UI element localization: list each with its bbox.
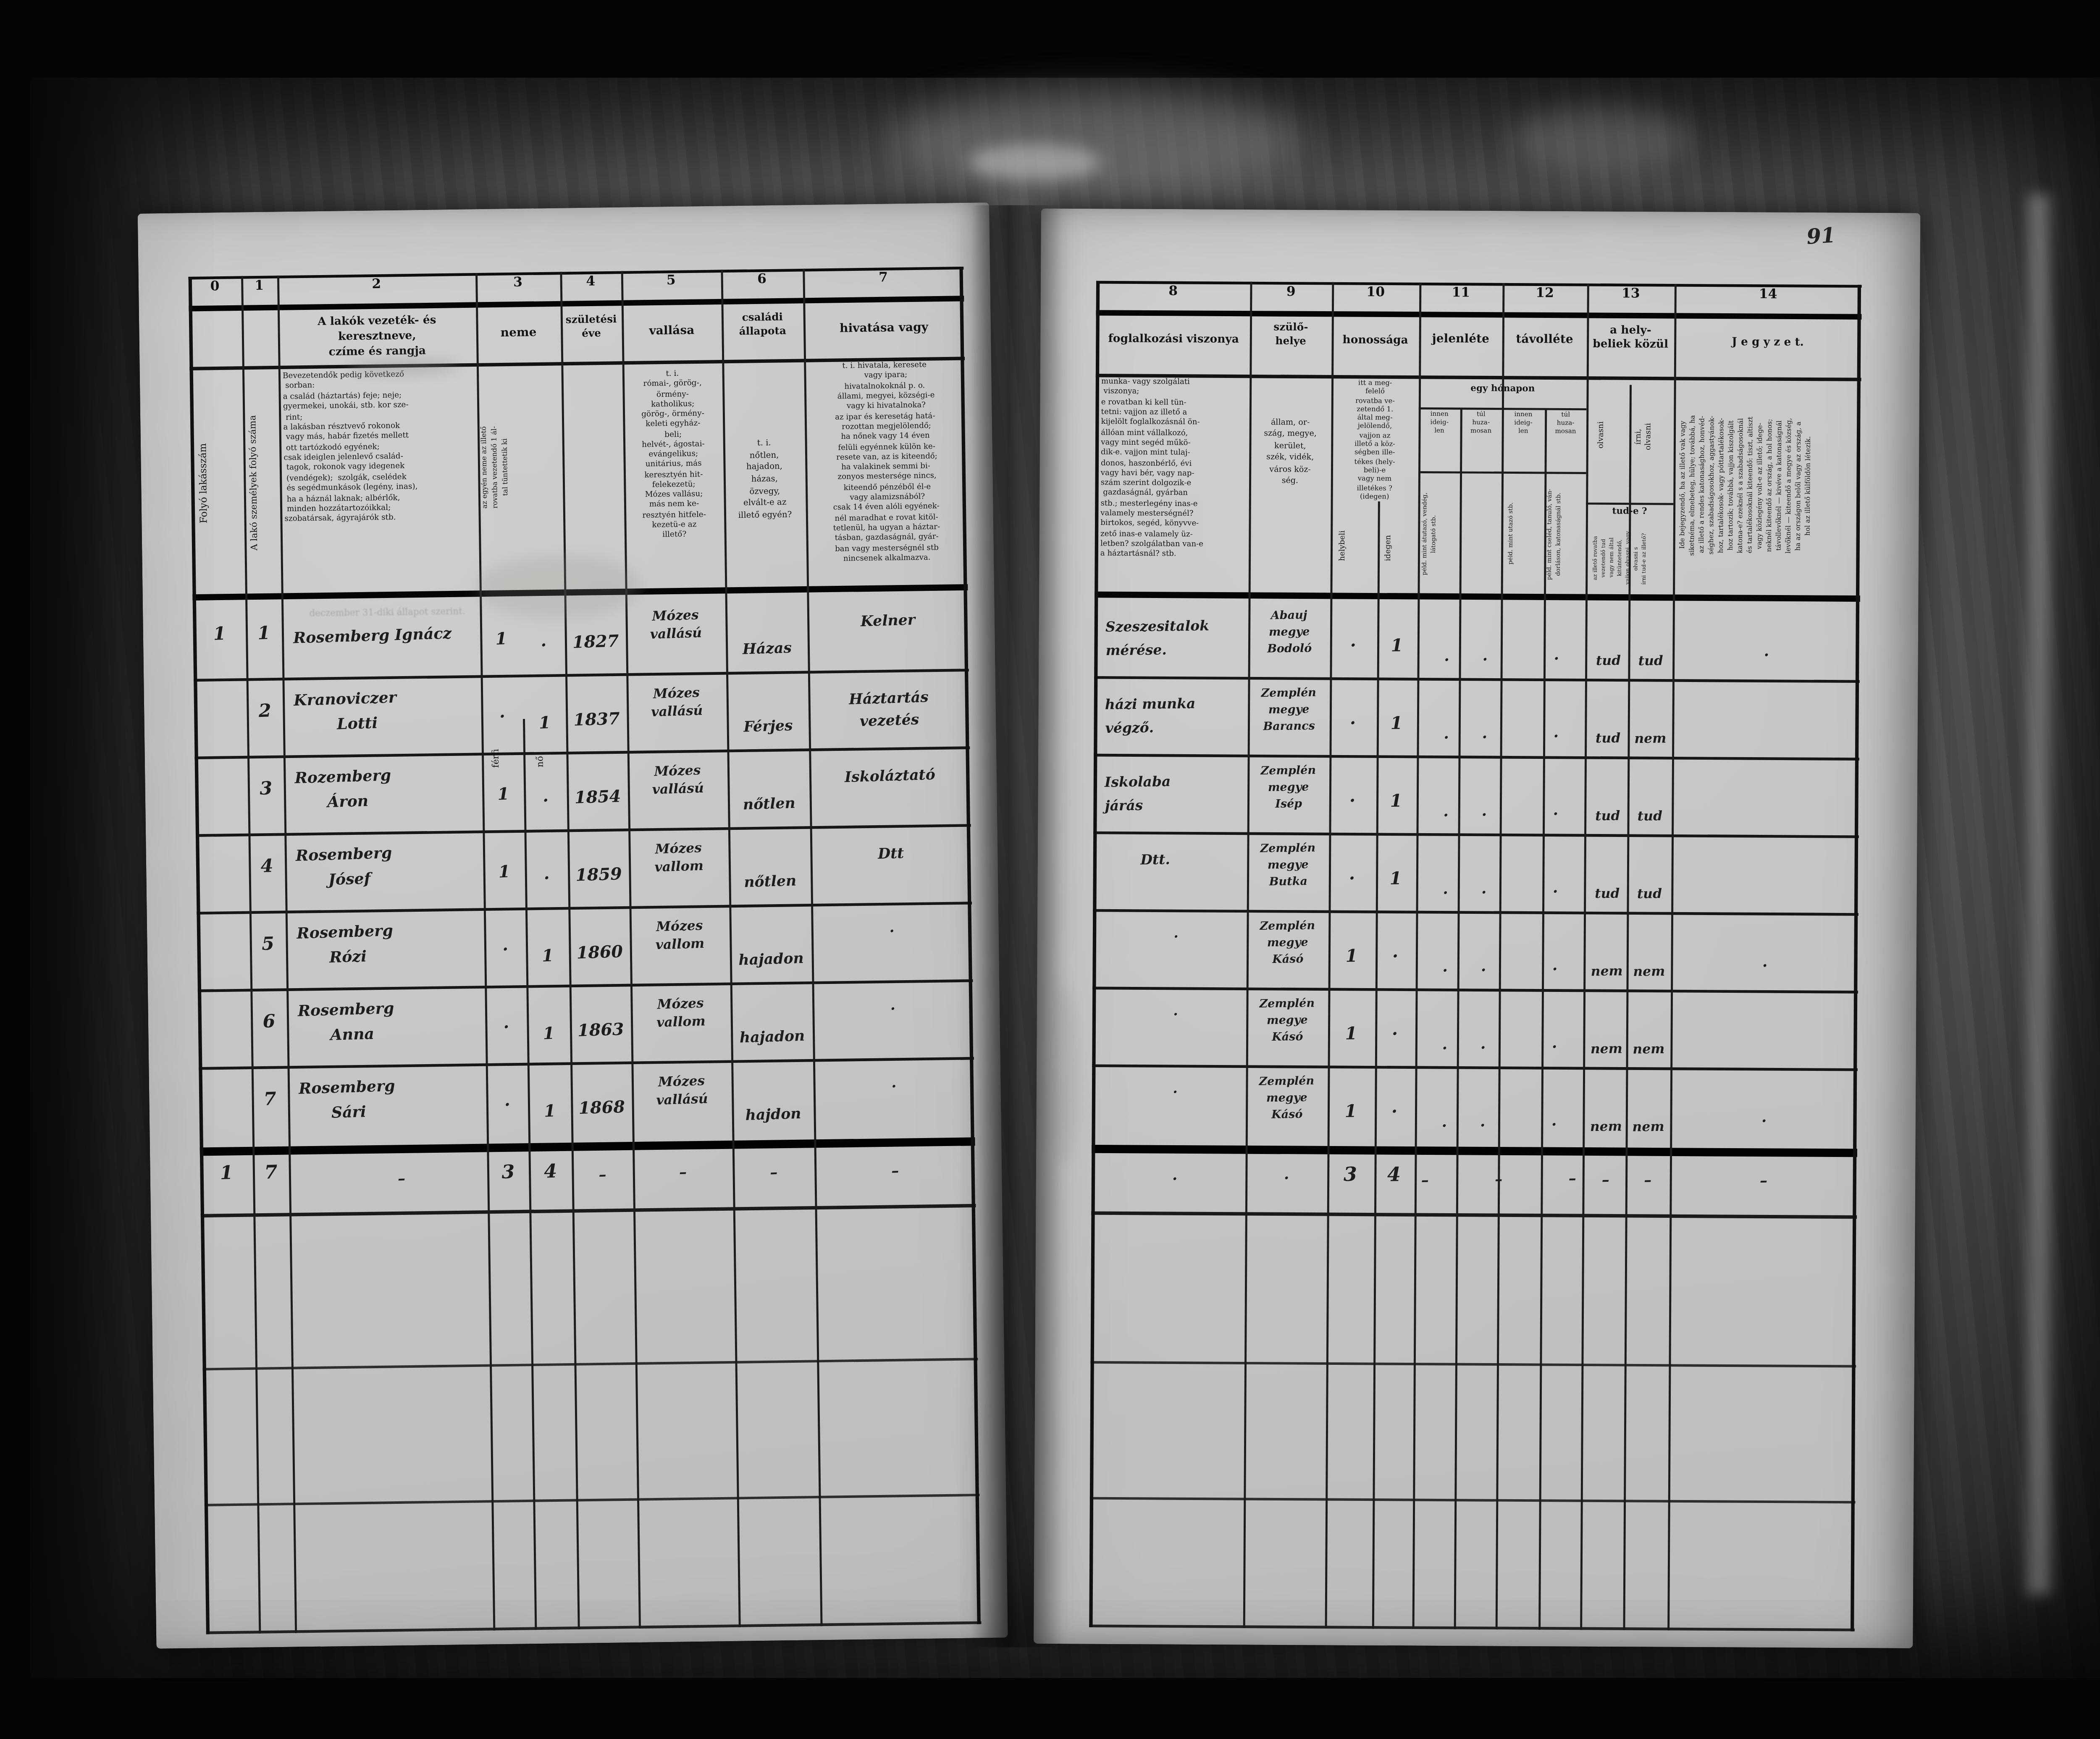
- row2-marital-status: Férjes: [726, 676, 809, 739]
- col8-header: foglalkozási viszonya: [1101, 331, 1246, 346]
- row6-birth-year: 1863: [569, 989, 632, 1043]
- col0-header-vertical: Folyó lakásszám: [197, 372, 224, 594]
- row7-male-mark: ·: [486, 1068, 529, 1117]
- row3-occupation: Iskoláztató: [809, 750, 971, 791]
- row5-birthplace: Zemplén megye Kásó: [1249, 915, 1326, 968]
- right-page: 91 8 9 10 11 12 13 14 foglalkozási viszo…: [1034, 208, 1920, 1648]
- row6-occupation-relation: ·: [1098, 992, 1248, 1028]
- col-number-13: 13: [1587, 286, 1675, 302]
- row7-local-mark: 1: [1330, 1071, 1371, 1123]
- row3-birthplace: Zemplén megye Isép: [1250, 760, 1327, 813]
- row2-male-mark: ·: [480, 680, 524, 729]
- row7-occupation-relation: ·: [1097, 1069, 1248, 1106]
- row4-foreign-mark: 1: [1377, 838, 1414, 891]
- summary-birthplace-dash: ·: [1248, 1151, 1325, 1190]
- row4-presence-marks: · · ·: [1419, 838, 1582, 905]
- row3-foreign-mark: 1: [1378, 761, 1414, 813]
- row2-reads: tud: [1587, 684, 1628, 749]
- row3-person-no: 3: [247, 761, 284, 803]
- col-number-9: 9: [1250, 284, 1332, 300]
- summary-foreign-total: 4: [1375, 1151, 1412, 1190]
- read-sub-header: olvasni: [1597, 386, 1614, 483]
- col7-instructions: t. i. hivatala, keresete vagy ipara; hiv…: [803, 361, 969, 566]
- row1-reads: tud: [1588, 606, 1629, 671]
- summary-persons-total: 7: [252, 1151, 289, 1187]
- film-artifact-blob: [1512, 108, 1692, 172]
- row7-birth-year: 1868: [570, 1066, 633, 1120]
- col-number-1: 1: [241, 278, 277, 294]
- row5-person-no: 5: [249, 916, 286, 959]
- film-edge-highlight: [2028, 194, 2050, 1595]
- row1-birth-year: 1827: [564, 601, 627, 655]
- row4-writes: tud: [1630, 839, 1669, 904]
- summary-religion-dash: –: [632, 1145, 733, 1186]
- row5-reads: nem: [1586, 917, 1627, 982]
- summary-marital-dash: –: [732, 1144, 815, 1185]
- row5-writes: nem: [1629, 917, 1669, 982]
- col-number-10: 10: [1332, 285, 1419, 300]
- row3-reads: tud: [1587, 762, 1628, 826]
- col7-header: hivatása vagy: [803, 321, 964, 337]
- col-number-0: 0: [189, 279, 241, 295]
- summary-presence-dashes: – – –: [1417, 1151, 1580, 1191]
- row6-male-mark: ·: [484, 990, 528, 1040]
- col12-header: távolléte: [1502, 333, 1587, 347]
- row6-marital-status: hajadon: [730, 986, 814, 1049]
- row6-reads: nem: [1585, 995, 1627, 1060]
- row3-male-mark: 1: [481, 758, 525, 807]
- row3-remark: [1675, 762, 1857, 801]
- col1-header-vertical: A lakó személyek folyó száma: [247, 367, 272, 598]
- col-number-11: 11: [1419, 285, 1502, 301]
- row1-writes: tud: [1631, 607, 1670, 671]
- write-read-sub-header: írni, olvasni: [1635, 386, 1660, 486]
- summary-occupation-dash: ·: [1097, 1150, 1247, 1194]
- row4-remark: [1674, 839, 1856, 879]
- row6-birthplace: Zemplén megye Kásó: [1249, 993, 1326, 1046]
- row6-female-mark: 1: [526, 990, 570, 1046]
- col2-instructions: Bevezetendők pedig következő sorban: a c…: [283, 370, 479, 526]
- col3-note-vertical: az egyén neme az illető rovatba vezetend…: [480, 375, 518, 559]
- summary-writes-dash: –: [1628, 1153, 1667, 1192]
- one-month-group-header: egy hónapon: [1419, 383, 1587, 395]
- row1-male-mark: 1: [479, 602, 522, 652]
- col-number-6: 6: [721, 271, 803, 288]
- beyond-month-sub-header: túl huza- mosan: [1545, 412, 1586, 438]
- col-number-4: 4: [560, 274, 622, 290]
- row3-occupation-relation: Iskolaba járás: [1099, 759, 1249, 819]
- row2-occupation-relation: házi munka végző.: [1099, 681, 1249, 741]
- col11-header: jelenléte: [1419, 333, 1502, 347]
- row7-religion: Mózes vallású: [631, 1065, 732, 1112]
- handwritten-page-number: 91: [1806, 223, 1836, 249]
- summary-remark-dash: –: [1672, 1153, 1855, 1193]
- within-month-sub-header: innen ideig- len: [1502, 412, 1545, 437]
- row7-foreign-mark: ·: [1376, 1071, 1412, 1124]
- absence-example-note: péld. mint cseléd, tanuló, ván- dorláson…: [1547, 477, 1581, 591]
- summary-reads-dash: –: [1585, 1153, 1626, 1191]
- row5-presence-marks: · · ·: [1418, 916, 1581, 982]
- row1-marital-status: Házas: [725, 598, 808, 661]
- row5-birth-year: 1860: [568, 911, 630, 965]
- row7-remark: ·: [1673, 1072, 1855, 1133]
- row7-marital-status: hajdon: [731, 1064, 814, 1127]
- row4-local-mark: ·: [1331, 838, 1372, 891]
- row1-dwelling-no: 1: [192, 606, 246, 649]
- row3-presence-marks: · · ·: [1419, 761, 1582, 827]
- row5-male-mark: ·: [483, 913, 527, 962]
- row4-male-mark: 1: [483, 835, 526, 884]
- row3-name: Rozemberg Áron: [286, 756, 499, 816]
- left-page: 0 1 2 3 4 5 6 7 A lakók vezeték- és kere…: [138, 202, 1008, 1649]
- row6-foreign-mark: ·: [1376, 994, 1413, 1046]
- row7-writes: nem: [1628, 1073, 1668, 1137]
- row4-female-mark: ·: [524, 834, 569, 891]
- beyond-month-sub-header: túl huza- mosan: [1460, 412, 1502, 437]
- summary-local-total: 3: [1330, 1151, 1370, 1190]
- col2-header: A lakók vezeték- és keresztneve, czíme é…: [278, 312, 477, 359]
- row2-birth-year: 1837: [565, 678, 627, 732]
- row4-birth-year: 1859: [567, 834, 630, 888]
- col6-instructions: t. i. nőtlen, hajadon, házas, özvegy, el…: [723, 438, 806, 523]
- row3-religion: Mózes vallású: [627, 754, 728, 801]
- row3-marital-status: nőtlen: [727, 753, 810, 816]
- row6-religion: Mózes vallom: [630, 987, 731, 1034]
- row1-presence-marks: · · ·: [1420, 605, 1583, 671]
- col-number-14: 14: [1675, 287, 1862, 303]
- absence-example-note: péld. mint utazó stb.: [1508, 477, 1539, 591]
- col14-header: J e g y z e t.: [1674, 334, 1861, 349]
- row1-birthplace: Abauj megye Bodoló: [1251, 605, 1328, 658]
- row7-birthplace: Zemplén megye Kásó: [1248, 1070, 1325, 1124]
- row3-local-mark: ·: [1332, 761, 1373, 813]
- row4-occupation: Dtt: [810, 828, 971, 869]
- row2-person-no: 2: [246, 683, 283, 726]
- row5-marital-status: hajadon: [729, 909, 812, 972]
- col4-header: születési éve: [561, 313, 622, 341]
- local-sub-header: helybeli: [1339, 504, 1357, 587]
- row6-name: Rosemberg Anna: [289, 989, 501, 1049]
- row1-occupation: Kelner: [807, 595, 969, 636]
- literacy-note-vertical: az illető rovatba vezetendő tud vagy nem…: [1591, 525, 1669, 592]
- summary-dwellings-total: 1: [199, 1152, 253, 1188]
- row3-writes: tud: [1630, 762, 1669, 826]
- row1-female-mark: ·: [521, 601, 565, 658]
- row1-remark: ·: [1675, 606, 1857, 667]
- row4-birthplace: Zemplén megye Butka: [1249, 837, 1326, 891]
- row2-name: Kranoviczer Lotti: [285, 679, 497, 738]
- row1-local-mark: ·: [1333, 605, 1373, 658]
- col9-instructions: állam, or- szág, megye, kerület, szék, v…: [1249, 417, 1331, 488]
- row6-remark: [1673, 994, 1856, 1034]
- row7-occupation: ·: [813, 1061, 974, 1102]
- row5-foreign-mark: ·: [1377, 916, 1413, 968]
- remarks-instructions-vertical: Ide bejegyzendő, ha az illető vak vagy s…: [1680, 375, 1856, 595]
- book-gutter-shadow: [971, 205, 1062, 1647]
- row2-writes: nem: [1630, 684, 1670, 749]
- row2-religion: Mózes vallású: [626, 677, 727, 724]
- row2-local-mark: ·: [1332, 683, 1373, 735]
- summary-occupation-dash: –: [814, 1141, 976, 1186]
- row2-remark: [1675, 684, 1857, 724]
- col-number-2: 2: [277, 276, 476, 294]
- summary-males-total: 3: [487, 1149, 530, 1187]
- row3-female-mark: ·: [523, 757, 567, 813]
- col-number-12: 12: [1502, 286, 1587, 302]
- row1-person-no: 1: [245, 605, 282, 648]
- row6-local-mark: 1: [1331, 993, 1371, 1046]
- row2-birthplace: Zemplén megye Barancs: [1250, 682, 1327, 735]
- col-number-8: 8: [1096, 283, 1250, 299]
- row1-religion: Mózes vallású: [625, 599, 726, 646]
- col-number-5: 5: [621, 273, 721, 289]
- microfilm-frame: 0 1 2 3 4 5 6 7 A lakók vezeték- és kere…: [0, 0, 2100, 1739]
- can-they-question: tud-e ?: [1586, 505, 1673, 517]
- col9-header: szülő- helye: [1250, 320, 1332, 348]
- row5-occupation-relation: ·: [1098, 914, 1249, 951]
- row4-religion: Mózes vallom: [628, 832, 729, 879]
- row3-birth-year: 1854: [566, 756, 629, 810]
- row7-name: Rosemberg Sári: [290, 1067, 502, 1126]
- film-artifact-blob: [887, 92, 1304, 191]
- row5-remark: ·: [1673, 917, 1856, 978]
- row7-person-no: 7: [251, 1071, 289, 1114]
- summary-year-dash: –: [571, 1147, 633, 1187]
- row2-occupation: Háztartás vezetés: [808, 673, 970, 735]
- row5-religion: Mózes vallom: [629, 910, 730, 957]
- row2-foreign-mark: 1: [1378, 683, 1415, 735]
- row1-occupation-relation: Szeszesitalok mérése.: [1100, 603, 1250, 664]
- row4-marital-status: nőtlen: [728, 831, 811, 894]
- row4-reads: tud: [1586, 839, 1627, 904]
- row6-writes: nem: [1629, 995, 1668, 1060]
- row5-name: Rosemberg Rózi: [288, 912, 500, 971]
- row4-person-no: 4: [248, 838, 286, 881]
- film-artifact-blob: [968, 144, 1101, 180]
- col6-header: családi állapota: [722, 310, 804, 338]
- row7-female-mark: 1: [527, 1068, 572, 1124]
- col3-header: neme: [476, 326, 561, 341]
- col10-header: honossága: [1332, 332, 1419, 346]
- row2-presence-marks: · · ·: [1420, 683, 1583, 749]
- row6-occupation: ·: [812, 984, 974, 1024]
- row5-local-mark: 1: [1331, 915, 1372, 968]
- foreign-sub-header: idegen: [1384, 510, 1403, 588]
- row5-female-mark: 1: [525, 912, 570, 968]
- summary-name-dash: –: [291, 1147, 503, 1195]
- row7-reads: nem: [1585, 1072, 1626, 1137]
- row1-name: Rosemberg Ignácz: [284, 601, 496, 651]
- col8-instructions: munka- vagy szolgálati viszonya; e rovat…: [1100, 378, 1246, 561]
- summary-females-total: 4: [528, 1148, 572, 1186]
- row1-foreign-mark: 1: [1378, 605, 1415, 658]
- row7-presence-marks: · · ·: [1417, 1071, 1580, 1137]
- col-number-3: 3: [475, 275, 560, 291]
- within-month-sub-header: innen ideig- len: [1418, 412, 1460, 437]
- row6-person-no: 6: [250, 994, 288, 1036]
- row4-name: Rosemberg Jósef: [287, 834, 499, 893]
- row2-female-mark: 1: [522, 679, 567, 735]
- col5-instructions: t. i. római-, görög-, örmény- katholikus…: [622, 370, 724, 542]
- row6-presence-marks: · · ·: [1418, 993, 1581, 1060]
- col13-header: a hely- beliek közül: [1587, 322, 1674, 351]
- col5-header: vallása: [622, 324, 722, 339]
- col10-instructions: itt a meg- felelő rovatba ve- zetendő 1.…: [1332, 379, 1417, 502]
- col-number-7: 7: [803, 269, 963, 286]
- presence-example-note: péld. mint átutazó, vendég, látogató stb…: [1422, 477, 1456, 590]
- row5-occupation: ·: [811, 906, 973, 947]
